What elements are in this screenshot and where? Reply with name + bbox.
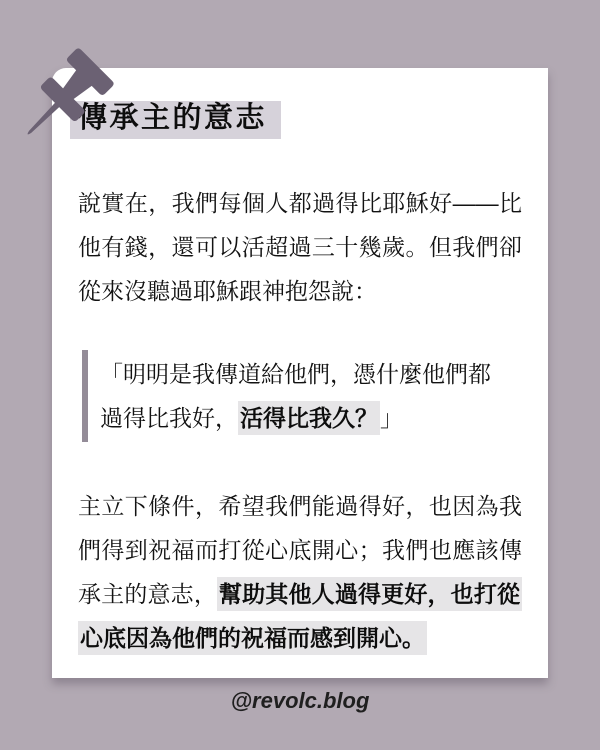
quote-highlighted-text: 活得比我久？ [238, 401, 380, 435]
paragraph-intro: 說實在，我們每個人都過得比耶穌好——比他有錢，還可以活超過三十幾歲。但我們卻從來… [78, 181, 522, 313]
paragraph-conclusion: 主立下條件，希望我們能過得好，也因為我們得到祝福而打從心底開心；我們也應該傳承主… [78, 484, 522, 660]
author-handle: @revolc.blog [0, 688, 600, 714]
quote-block: 「明明是我傳道給他們，憑什麼他們都過得比我好，活得比我久？」 [82, 350, 522, 442]
page-background: 傳承主的意志 說實在，我們每個人都過得比耶穌好——比他有錢，還可以活超過三十幾歲… [0, 0, 600, 750]
content-card: 傳承主的意志 說實在，我們每個人都過得比耶穌好——比他有錢，還可以活超過三十幾歲… [52, 68, 548, 678]
quote-closing-bracket: 」 [380, 405, 403, 431]
pushpin-icon [6, 40, 118, 152]
